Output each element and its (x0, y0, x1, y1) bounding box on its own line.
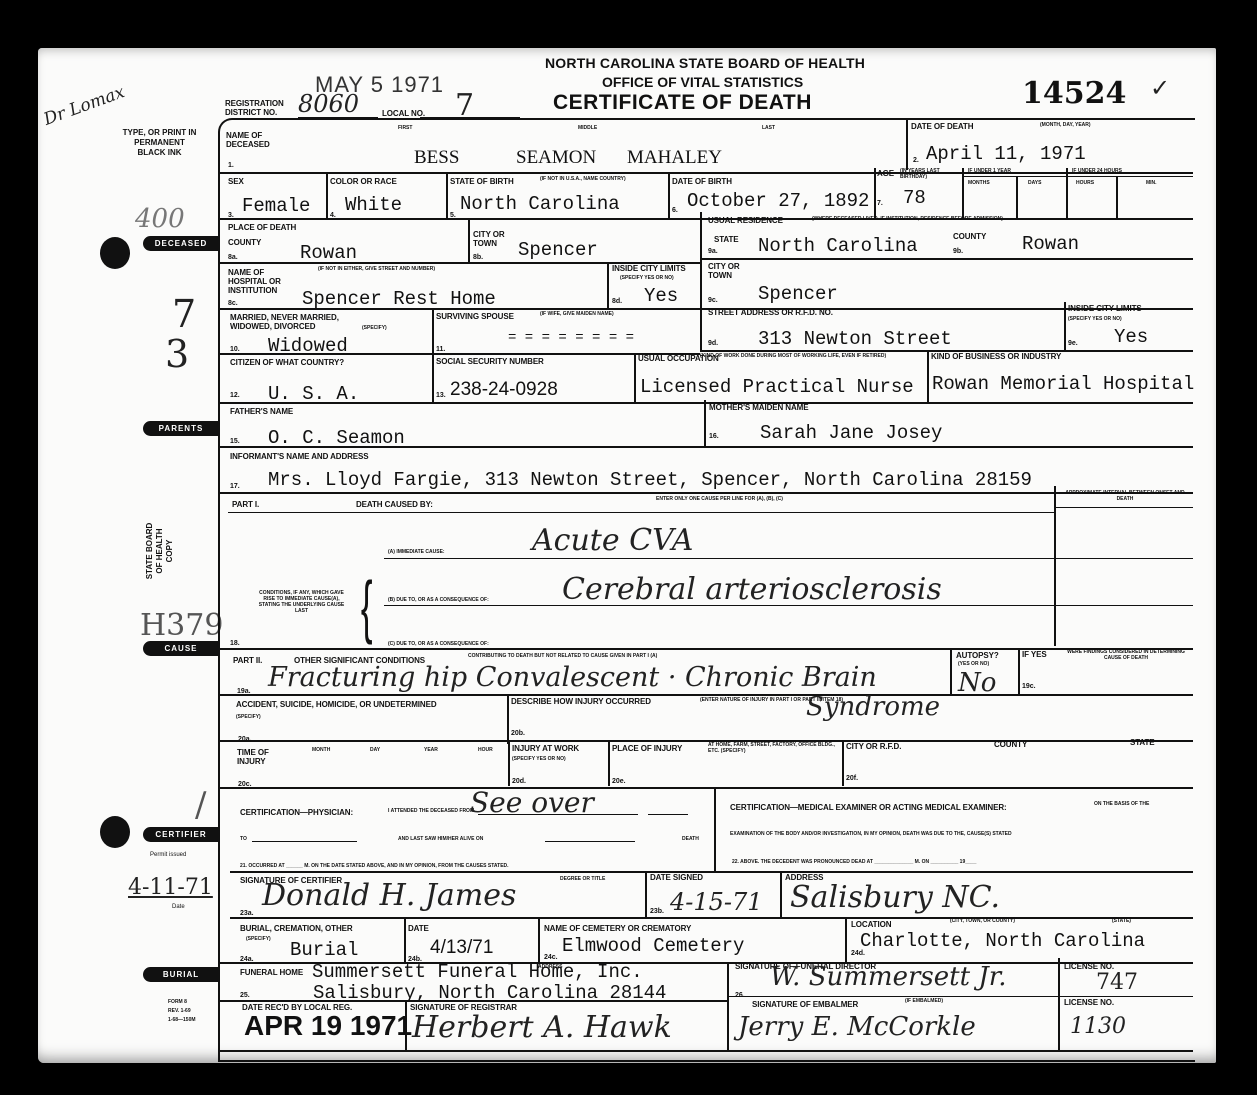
mother-label: MOTHER'S MAIDEN NAME (709, 403, 808, 412)
embalmer-license: 1130 (1070, 1014, 1126, 1039)
middle-name: SEAMON (516, 148, 596, 168)
informant-label: INFORMANT'S NAME AND ADDRESS (230, 452, 369, 461)
ssn-value: 238-24-0928 (450, 380, 558, 400)
attended-label: I ATTENDED THE DECEASED FROM (388, 808, 474, 814)
burial-location: Charlotte, North Carolina (860, 931, 1145, 951)
disposition-label: BURIAL, CREMATION, OTHER (240, 924, 353, 933)
state-of-birth-label: STATE OF BIRTH (450, 177, 514, 186)
burial-date-label: DATE (408, 924, 429, 933)
spouse-label: SURVIVING SPOUSE (436, 312, 514, 321)
year-label: YEAR (424, 747, 438, 753)
registration-district-label: REGISTRATION DISTRICT NO. (225, 99, 300, 117)
inside-city-label: INSIDE CITY LIMITS (612, 264, 686, 273)
street-address: 313 Newton Street (758, 329, 952, 349)
citizen-label: CITIZEN OF WHAT COUNTRY? (230, 358, 344, 367)
embalmer-signature-label: SIGNATURE OF EMBALMER (752, 1000, 858, 1009)
race-value: White (345, 195, 402, 215)
embalmer-hint: (IF EMBALMED) (905, 998, 943, 1004)
ssn-label: SOCIAL SECURITY NUMBER (436, 357, 544, 366)
injury-state-label: STATE (1130, 738, 1155, 747)
at-work-label: INJURY AT WORK (512, 744, 579, 753)
interval-label: APPROXIMATE INTERVAL BETWEEN ONSET AND D… (1064, 490, 1186, 502)
ink-instruction: TYPE, OR PRINT IN PERMANENT BLACK INK (112, 128, 207, 158)
burial-date: 4/13/71 (430, 938, 493, 958)
occurred-label: 21. OCCURRED AT ______ M. ON THE DATE ST… (240, 863, 509, 869)
registrar-signature: Herbert A. Hawk (412, 1010, 672, 1045)
describe-injury: Syndrome (806, 692, 940, 722)
age-value: 78 (903, 188, 926, 208)
location-state-hint: (STATE) (1112, 918, 1131, 924)
immediate-cause: Acute CVA (532, 523, 693, 558)
local-no-label: LOCAL NO. (382, 109, 425, 118)
cemetery-name: Elmwood Cemetery (562, 936, 744, 956)
citizenship: U. S. A. (268, 384, 359, 404)
res-county-label: COUNTY (953, 232, 986, 241)
last-name: MAHALEY (627, 148, 722, 168)
age-label: AGE (877, 169, 894, 178)
mother-name: Sarah Jane Josey (760, 423, 942, 443)
disposition-value: Burial (290, 940, 358, 960)
under-24-hours-label: IF UNDER 24 HOURS (1072, 168, 1122, 174)
residence-county: Rowan (1022, 234, 1079, 254)
cemetery-label: NAME OF CEMETERY OR CREMATORY (544, 924, 691, 933)
hospital-hint: (IF NOT IN EITHER, GIVE STREET AND NUMBE… (318, 266, 435, 272)
occupation-value: Licensed Practical Nurse (640, 377, 914, 397)
place-of-death-label: PLACE OF DEATH (228, 223, 296, 232)
funeral-home-label: FUNERAL HOME (240, 968, 303, 977)
permit-issued-label: Permit issued (150, 852, 186, 858)
location-label: LOCATION (851, 920, 891, 929)
occupation-hint: (KIND OF WORK DONE DURING MOST OF WORKIN… (700, 353, 900, 359)
business-label: KIND OF BUSINESS OR INDUSTRY (931, 352, 1061, 361)
accident-hint: (SPECIFY) (236, 714, 261, 720)
embalmer-license-label: LICENSE NO. (1064, 998, 1114, 1007)
first-name: BESS (414, 148, 459, 168)
injury-city-label: CITY OR R.F.D. (846, 742, 901, 751)
agency-office: OFFICE OF VITAL STATISTICS (602, 74, 803, 90)
date-of-death-hint: (MONTH, DAY, YEAR) (1040, 122, 1091, 128)
marital-label: MARRIED, NEVER MARRIED,WIDOWED, DIVORCED (230, 313, 380, 331)
residence-hint: (WHERE DECEASED LIVED. IF INSTITUTION, R… (812, 216, 1003, 222)
due-b-label: (b) DUE TO, OR AS A CONSEQUENCE OF: (388, 597, 489, 603)
physician-cert-label: CERTIFICATION—PHYSICIAN: (240, 808, 353, 817)
director-signature: W. Summersett Jr. (770, 962, 1007, 992)
certifier-signature: Donald H. James (262, 878, 516, 913)
death-label: DEATH (682, 836, 699, 842)
res-inside-label: INSIDE CITY LIMITS (1068, 304, 1142, 313)
res-city-label: CITY ORTOWN (708, 262, 748, 280)
hour-label: HOUR (478, 747, 493, 753)
hours-label: HOURS (1076, 180, 1094, 186)
date-of-death-label: DATE OF DEATH (911, 122, 973, 131)
dob-label: DATE OF BIRTH (672, 177, 732, 186)
enter-only-label: ENTER ONLY ONE CAUSE PER LINE FOR (a), (… (656, 496, 783, 502)
findings-label: WERE FINDINGS CONSIDERED IN DETERMINING … (1062, 649, 1190, 661)
sex-label: SEX (228, 177, 244, 186)
punch-hole (100, 237, 130, 269)
form-info: FORM 8 REV. 1-69 1-68—150M (168, 998, 196, 1025)
street-label: STREET ADDRESS OR R.F.D. No. (708, 308, 833, 317)
county-of-death: Rowan (300, 243, 357, 263)
last-label: LAST (762, 125, 775, 131)
informant-value: Mrs. Lloyd Fargie, 313 Newton Street, Sp… (268, 470, 1032, 490)
margin-note-3: 3 (165, 332, 189, 376)
autopsy-hint: (YES OR NO) (958, 661, 989, 667)
state-of-birth-hint: (IF NOT IN U.S.A., NAME COUNTRY) (540, 176, 650, 182)
residence-label: USUAL RESIDENCE (708, 216, 783, 225)
permit-date: 4-11-71 (128, 875, 213, 900)
certifier-address: Salisbury NC. (790, 880, 1000, 915)
accident-label: ACCIDENT, SUICIDE, HOMICIDE, OR UNDETERM… (236, 700, 437, 709)
to-label: TO (240, 836, 247, 842)
section-tab-burial: BURIAL (143, 967, 219, 982)
disposition-hint: (SPECIFY) (246, 936, 271, 942)
permit-date-label: Date (172, 904, 185, 910)
brace-icon: { (361, 566, 373, 646)
injury-county-label: COUNTY (994, 740, 1027, 749)
inside-city-hint: (SPECIFY YES OR NO) (620, 275, 674, 281)
me-cert-label: CERTIFICATION—MEDICAL EXAMINER OR ACTING… (730, 803, 1007, 812)
sex-value: Female (242, 196, 310, 216)
middle-label: MIDDLE (578, 125, 597, 131)
father-label: FATHER'S NAME (230, 407, 293, 416)
part2-label: PART II. (233, 656, 262, 665)
section-tab-certifier: CERTIFIER (143, 827, 219, 842)
margin-note-h379: H379 (140, 608, 223, 643)
hospital-label: NAME OFHOSPITAL ORINSTITUTION (228, 268, 298, 295)
part1-label: PART I. (232, 500, 259, 509)
registration-district-value: 8060 (298, 90, 359, 118)
city-label: CITY ORTOWN (473, 230, 513, 248)
spouse-value: = = = = = = = = (508, 328, 634, 348)
margin-note-slash: / (195, 785, 206, 825)
due-to-b: Cerebral arteriosclerosis (562, 572, 942, 607)
date-of-birth: October 27, 1892 (687, 191, 869, 211)
agency-name: NORTH CAROLINA STATE BOARD OF HEALTH (545, 55, 865, 71)
residence-state: North Carolina (758, 236, 918, 256)
death-caused-label: DEATH CAUSED BY: (356, 500, 433, 509)
date-signed: 4-15-71 (670, 888, 763, 916)
min-label: MIN. (1146, 180, 1157, 186)
section-tab-cause: CAUSE (143, 641, 219, 656)
time-injury-label: TIME OFINJURY (237, 748, 287, 766)
age-hint: (IN YEARS LAST BIRTHDAY) (900, 168, 956, 180)
describe-injury-label: DESCRIBE HOW INJURY OCCURRED (511, 697, 651, 706)
check-mark-icon: ✓ (1150, 74, 1170, 102)
state-of-birth: North Carolina (460, 194, 620, 214)
spouse-hint: (IF WIFE, GIVE MAIDEN NAME) (540, 311, 614, 317)
other-conditions: Fracturing hip Convalescent · Chronic Br… (268, 662, 877, 693)
document-title: CERTIFICATE OF DEATH (553, 91, 812, 115)
received-date: APR 19 1971 (244, 1010, 412, 1042)
date-of-death: April 11, 1971 (926, 144, 1086, 164)
state-copy-label: STATE BOARD OF HEALTH COPY (145, 511, 175, 591)
city-of-death: Spencer (518, 240, 598, 260)
father-name: O. C. Seamon (268, 428, 405, 448)
margin-note-7: 7 (172, 292, 196, 336)
certificate-number: 14524 (1022, 76, 1126, 111)
business-value: Rowan Memorial Hospital (932, 374, 1194, 394)
immediate-cause-label: (a) IMMEDIATE CAUSE: (388, 549, 445, 555)
res-state-label: STATE (714, 235, 739, 244)
me-text-3: 22. ABOVE. THE DECEDENT WAS PRONOUNCED D… (732, 859, 976, 865)
if-yes-label: IF YES (1022, 650, 1047, 659)
me-text-1: ON THE BASIS OF THE (1094, 801, 1149, 807)
punch-hole (100, 816, 130, 848)
days-label: DAYS (1028, 180, 1041, 186)
degree-label: DEGREE OR TITLE (560, 876, 605, 882)
inside-city-value: Yes (644, 286, 678, 306)
margin-note-400: 400 (135, 204, 185, 234)
res-inside-hint: (SPECIFY YES OR NO) (1068, 316, 1122, 322)
director-license: 747 (1096, 970, 1138, 995)
marital-hint: (SPECIFY) (362, 325, 387, 331)
me-text-2: EXAMINATION OF THE BODY AND/OR INVESTIGA… (730, 831, 1012, 837)
at-work-hint: (SPECIFY YES OR NO) (512, 756, 566, 762)
day-label: DAY (370, 747, 380, 753)
month-label: MONTH (312, 747, 330, 753)
res-inside-value: Yes (1114, 327, 1148, 347)
embalmer-signature: Jerry E. McCorkle (738, 1012, 976, 1042)
under-1-year-label: IF UNDER 1 YEAR (968, 168, 1011, 174)
due-c-label: (c) DUE TO, OR AS A CONSEQUENCE OF: (388, 641, 489, 647)
county-label: COUNTY (228, 238, 261, 247)
residence-city: Spencer (758, 284, 838, 304)
date-signed-label: DATE SIGNED (650, 873, 703, 882)
name-label: NAME OFDECEASED (226, 131, 270, 149)
conditions-label: CONDITIONS, IF ANY, WHICH GAVE RISE TO I… (254, 590, 349, 614)
section-tab-deceased: DECEASED (143, 236, 219, 251)
last-saw-label: AND LAST SAW HIM/HER ALIVE ON (398, 836, 483, 842)
other-conditions-hint: CONTRIBUTING TO DEATH BUT NOT RELATED TO… (468, 653, 657, 659)
first-label: FIRST (398, 125, 412, 131)
place-injury-label: PLACE OF INJURY (612, 744, 682, 753)
race-label: COLOR OR RACE (330, 177, 397, 186)
hospital-name: Spencer Rest Home (302, 289, 496, 309)
place-injury-hint: AT HOME, FARM, STREET, FACTORY, OFFICE B… (708, 742, 843, 754)
section-tab-parents: PARENTS (143, 421, 219, 436)
funeral-home-name: Summersett Funeral Home, Inc. (312, 962, 643, 982)
autopsy-label: AUTOPSY? (956, 651, 999, 660)
months-label: MONTHS (968, 180, 990, 186)
location-hint: (CITY, TOWN, OR COUNTY) (950, 918, 1015, 924)
scan-edge (890, 36, 1210, 48)
